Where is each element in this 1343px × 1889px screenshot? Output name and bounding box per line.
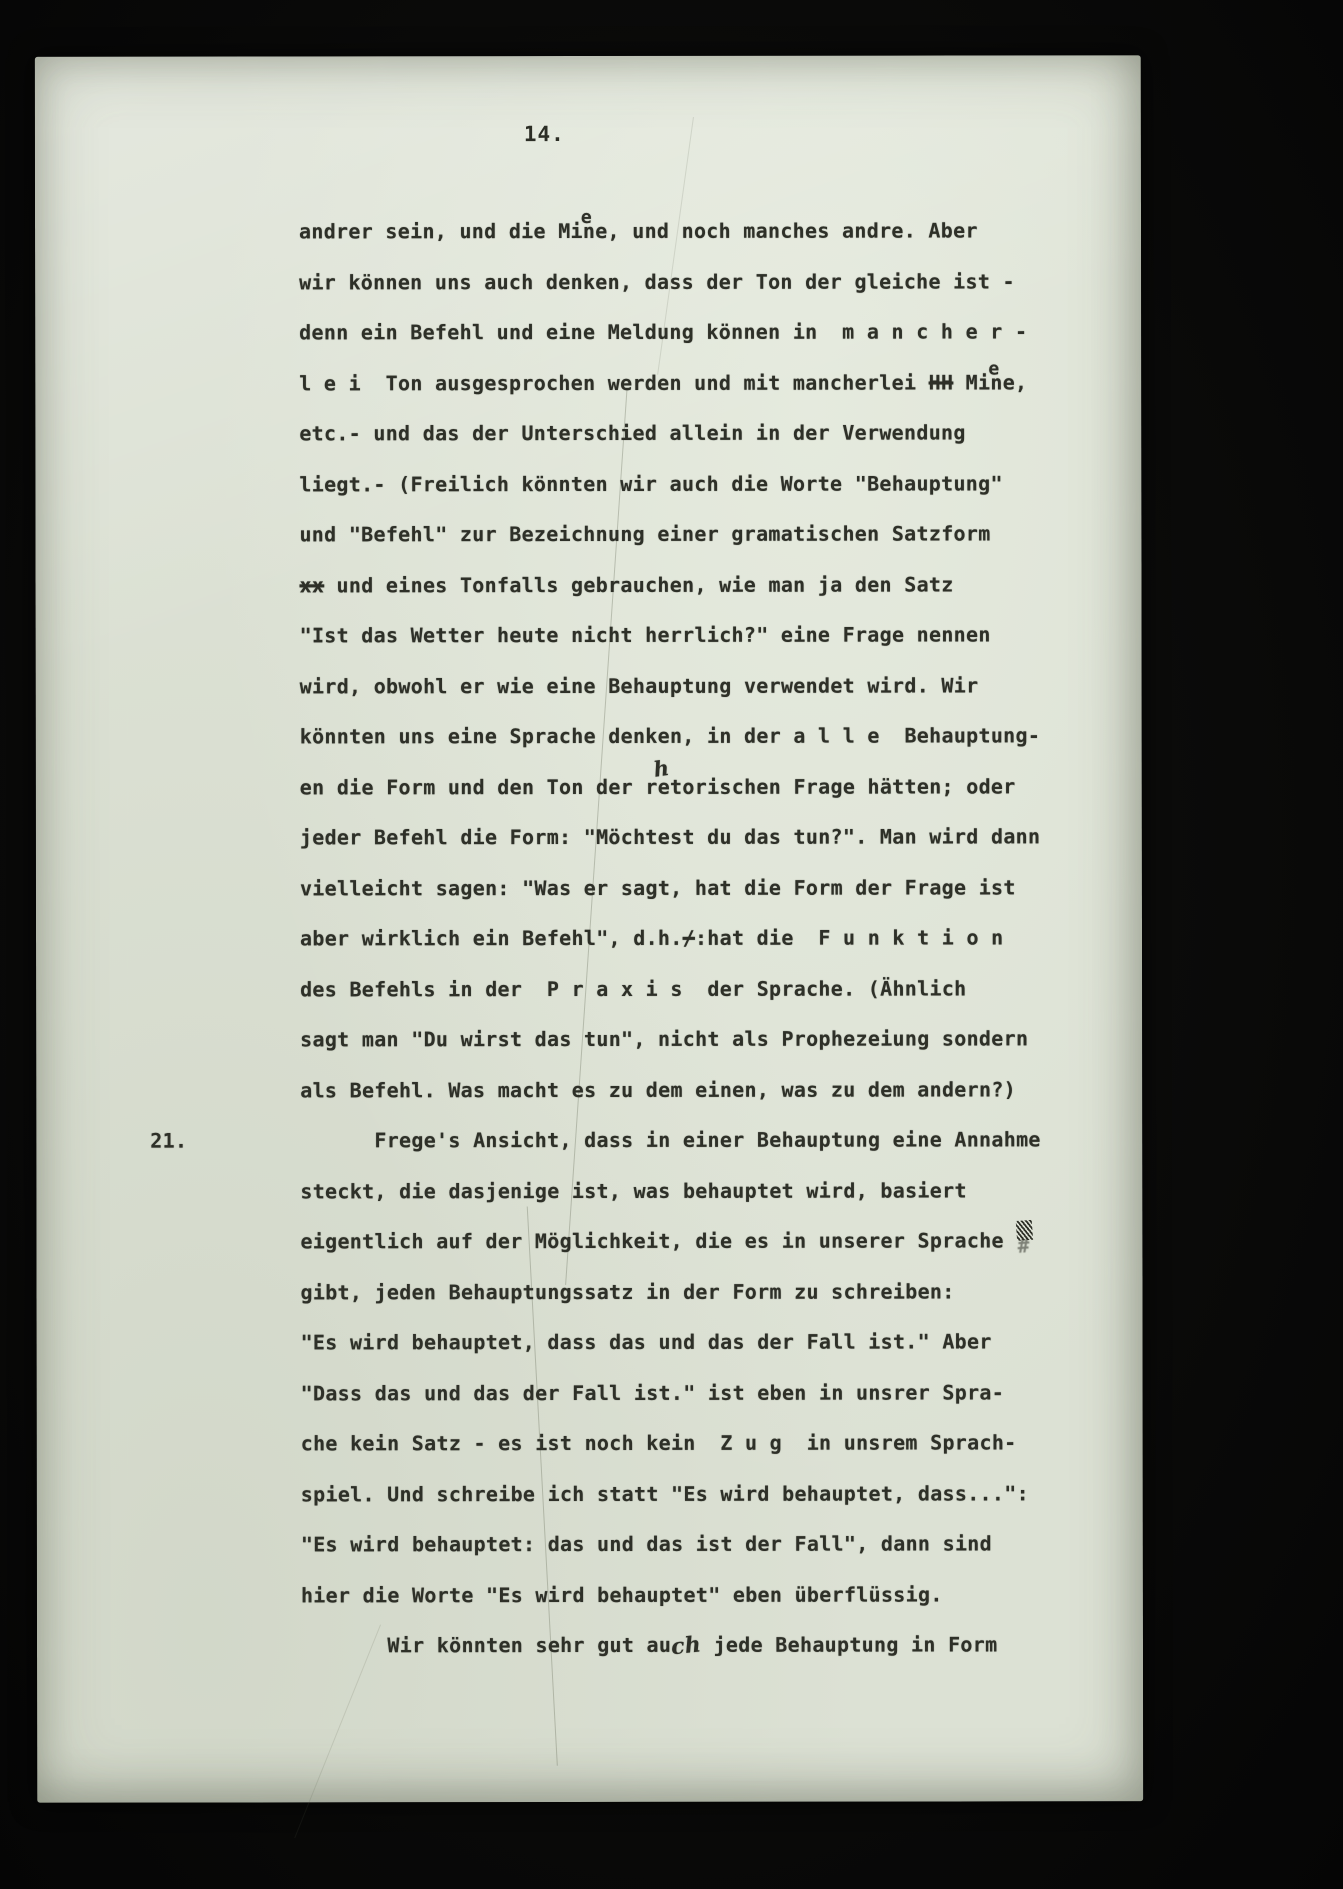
text-segment: l e i Ton ausgesprochen werden und mit m… xyxy=(299,370,928,395)
text-line: wird, obwohl er wie eine Behauptung verw… xyxy=(300,660,1100,712)
text-segment-scribble: # xyxy=(1016,1220,1033,1241)
text-segment: "Es wird behauptet: das und das ist der … xyxy=(301,1531,992,1556)
text-line: "Es wird behauptet: das und das ist der … xyxy=(301,1518,1101,1570)
text-line: denn ein Befehl und eine Meldung können … xyxy=(299,306,1099,358)
text-segment: liegt.- (Freilich könnten wir auch die W… xyxy=(299,471,1002,496)
text-segment: des Befehls in der P r a x i s der Sprac… xyxy=(300,976,966,1001)
text-segment: jeder Befehl die Form: "Möchtest du das … xyxy=(300,824,1041,849)
text-segment: etc.- und das der Unterschied allein in … xyxy=(299,420,965,445)
text-line: l e i Ton ausgesprochen werden und mit m… xyxy=(299,357,1099,409)
scan-background: { "doc": { "page_number": "14.", "lines"… xyxy=(0,0,1343,1889)
text-line: "Dass das und das der Fall ist." ist ebe… xyxy=(301,1367,1101,1419)
text-line: wir können uns auch denken, dass der Ton… xyxy=(299,256,1099,308)
text-line: en die Form und den Ton der rhetorischen… xyxy=(300,761,1100,813)
page-number: 14. xyxy=(524,122,565,146)
text-line: xx und eines Tonfalls gebrauchen, wie ma… xyxy=(299,559,1099,611)
text-segment: als Befehl. Was macht es zu dem einen, w… xyxy=(300,1077,1016,1102)
text-segment: Frege's Ansicht, dass in einer Behauptun… xyxy=(300,1127,1041,1152)
text-line: eigentlich auf der Möglichkeit, die es i… xyxy=(300,1215,1100,1267)
text-segment: "Ist das Wetter heute nicht herrlich?" e… xyxy=(300,622,991,647)
text-line: liegt.- (Freilich könnten wir auch die W… xyxy=(299,458,1099,510)
text-segment: eigentlich auf der Möglichkeit, die es i… xyxy=(300,1228,1016,1253)
text-segment: andrer sein, und die Mi xyxy=(299,219,583,243)
text-line: könnten uns eine Sprache denken, in der … xyxy=(300,710,1100,762)
text-line: sagt man "Du wirst das tun", nicht als P… xyxy=(300,1013,1100,1065)
text-segment: gibt, jeden Behauptungssatz in der Form … xyxy=(300,1279,954,1304)
text-line: jeder Befehl die Form: "Möchtest du das … xyxy=(300,811,1100,863)
typescript-text-block: andrer sein, und die Miene, und noch man… xyxy=(299,205,1101,1671)
text-line: aber wirklich ein Befehl", d.h./:hat die… xyxy=(300,912,1100,964)
text-segment: könnten uns eine Sprache denken, in der … xyxy=(300,723,1041,748)
text-line: vielleicht sagen: "Was er sagt, hat die … xyxy=(300,862,1100,914)
margin-section-number: 21. xyxy=(150,1116,187,1167)
text-segment: "Dass das und das der Fall ist." ist ebe… xyxy=(301,1380,1004,1405)
text-line: Wir könnten sehr gut auch jede Behauptun… xyxy=(301,1619,1101,1671)
text-line: "Es wird behauptet, dass das und das der… xyxy=(301,1316,1101,1368)
text-segment: spiel. Und schreibe ich statt "Es wird b… xyxy=(301,1481,1029,1506)
text-segment-strike: HH xyxy=(929,370,954,394)
text-segment: Mi xyxy=(953,370,990,394)
text-segment: en die Form und den Ton der r xyxy=(300,774,658,798)
text-line: "Ist das Wetter heute nicht herrlich?" e… xyxy=(300,609,1100,661)
text-segment: aber wirklich ein Befehl", d.h. xyxy=(300,926,683,951)
text-segment-strike: / xyxy=(683,926,695,950)
text-segment-hand: ch xyxy=(669,1619,704,1672)
text-line: und "Befehl" zur Bezeichnung einer grama… xyxy=(299,508,1099,560)
text-line: steckt, die dasjenige ist, was behauptet… xyxy=(300,1165,1100,1217)
text-segment: vielleicht sagen: "Was er sagt, hat die … xyxy=(300,875,1016,900)
text-segment: steckt, die dasjenige ist, was behauptet… xyxy=(300,1178,966,1203)
text-line: che kein Satz - es ist noch kein Z u g i… xyxy=(301,1417,1101,1469)
text-segment: wird, obwohl er wie eine Behauptung verw… xyxy=(300,673,979,698)
text-segment: Wir könnten sehr gut au xyxy=(301,1633,671,1658)
text-line: hier die Worte "Es wird behauptet" eben … xyxy=(301,1569,1101,1621)
text-line: als Befehl. Was macht es zu dem einen, w… xyxy=(300,1064,1100,1116)
text-line: gibt, jeden Behauptungssatz in der Form … xyxy=(300,1266,1100,1318)
text-segment: etorischen Frage hätten; oder xyxy=(658,774,1016,798)
text-segment: wir können uns auch denken, dass der Ton… xyxy=(299,269,1015,294)
text-segment: und eines Tonfalls gebrauchen, wie man j… xyxy=(324,572,953,597)
text-line: des Befehls in der P r a x i s der Sprac… xyxy=(300,963,1100,1015)
text-segment: denn ein Befehl und eine Meldung können … xyxy=(299,319,1027,344)
text-segment: che kein Satz - es ist noch kein Z u g i… xyxy=(301,1430,1017,1455)
text-segment: :hat die F u n k t i o n xyxy=(695,925,1004,949)
text-line: etc.- und das der Unterschied allein in … xyxy=(299,407,1099,459)
text-segment: jede Behauptung in Form xyxy=(701,1632,997,1656)
text-line: 21. Frege's Ansicht, dass in einer Behau… xyxy=(300,1114,1100,1166)
text-segment: und "Befehl" zur Bezeichnung einer grama… xyxy=(299,521,990,546)
text-line: andrer sein, und die Miene, und noch man… xyxy=(299,205,1099,257)
typescript-page: 14. andrer sein, und die Miene, und noch… xyxy=(35,55,1143,1803)
text-segment-strike: xx xyxy=(300,573,325,597)
text-segment: ne, und noch manches andre. Aber xyxy=(583,218,978,243)
text-segment: sagt man "Du wirst das tun", nicht als P… xyxy=(300,1026,1028,1051)
text-segment: "Es wird behauptet, dass das und das der… xyxy=(301,1329,992,1354)
text-segment: hier die Worte "Es wird behauptet" eben … xyxy=(301,1582,943,1607)
text-line: spiel. Und schreibe ich statt "Es wird b… xyxy=(301,1468,1101,1520)
